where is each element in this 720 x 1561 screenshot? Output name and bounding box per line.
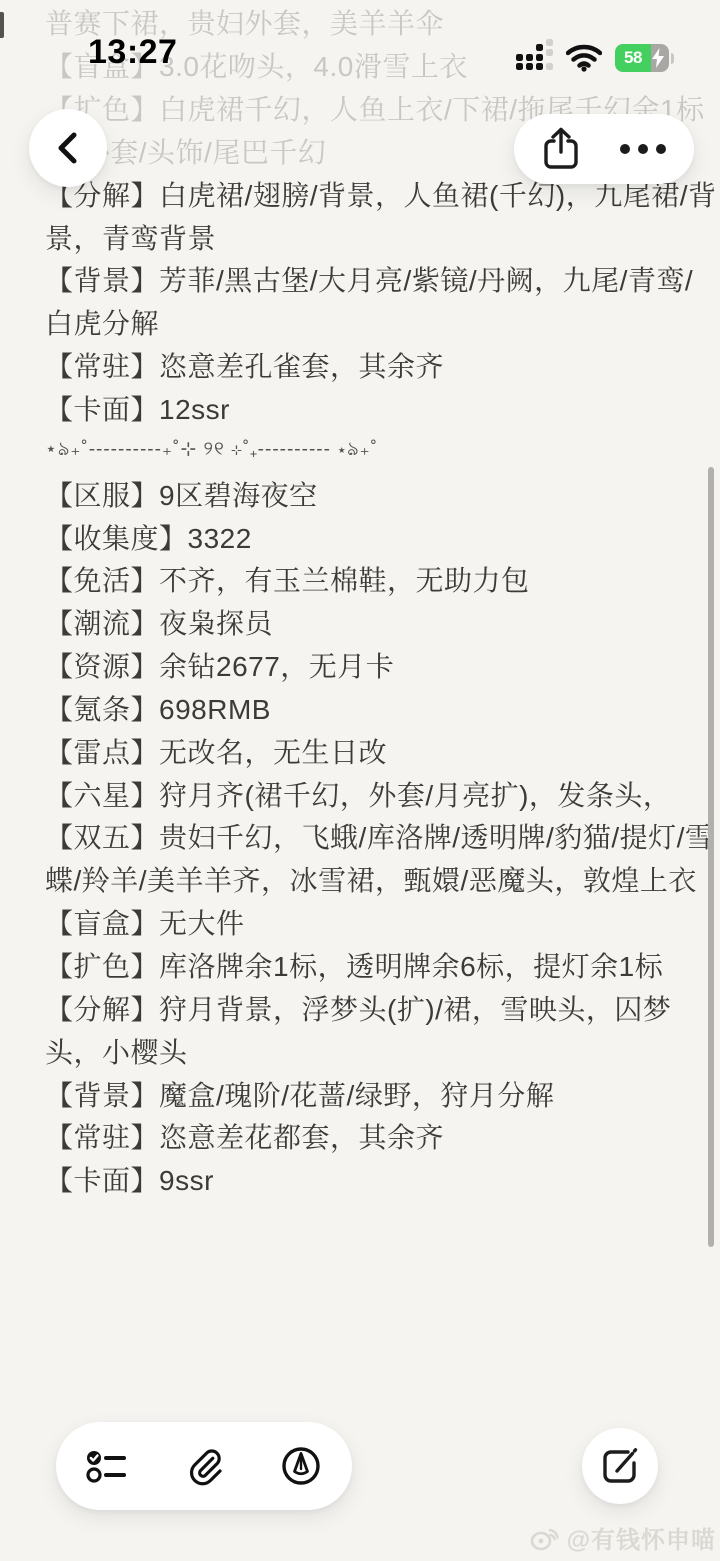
note-line: 【扩色】库洛牌余1标，透明牌余6标，提灯余1标 [45,944,705,987]
note-line: 【常驻】恣意差孔雀套，其余齐 [45,344,705,387]
charging-bolt-icon [651,48,665,73]
note-line: 【雷点】无改名，无生日改 [45,729,705,772]
note-line: 【背景】魔盒/瑰阶/花蔷/绿野，狩月分解 [45,1072,705,1115]
note-line: 【分解】狩月背景，浮梦头(扩)/裙，雪映头，囚梦 [45,986,705,1029]
note-line: 【六星】狩月齐(裙千幻，外套/月亮扩)，发条头， [45,772,705,815]
note-line: 【卡面】9ssr [45,1158,705,1201]
note-line: 【常驻】恣意差花都套，其余齐 [45,1115,705,1158]
checklist-button[interactable] [86,1449,128,1483]
no-service-exclamation-icon [546,39,553,70]
notes-app-screen: 普赛下裙，贵妇外套，美羊羊伞【盲盒】3.0花吻头，4.0滑雪上衣【扩色】白虎裙千… [0,0,720,1561]
pen-circle-icon [280,1445,322,1487]
battery-percent: 58 [624,48,642,68]
status-icons: 58 [516,40,674,72]
note-line: 【氪条】698RMB [45,687,705,730]
annotate-button[interactable] [280,1445,322,1487]
note-line: 白虎分解 [45,301,705,344]
bottom-toolbar [56,1422,352,1510]
watermark: @有钱怀申喵 [529,1520,716,1555]
back-button[interactable] [29,109,107,187]
note-line: 【背景】芳菲/黑古堡/大月亮/紫镜/丹阙，九尾/青鸾/ [45,258,705,301]
top-actions-pill [514,114,694,184]
chevron-left-icon [51,128,85,168]
screen-edge-artifact [0,12,4,38]
battery-icon: 58 [615,44,674,72]
status-time: 13:27 [88,33,177,72]
scrollbar-thumb[interactable] [708,467,714,1247]
note-line: 【收集度】3322 [45,515,705,558]
compose-icon [598,1444,642,1488]
share-icon [542,126,580,172]
share-button[interactable] [542,126,580,172]
note-divider-line: ⋆ঌ₊˚----------₊˚⊹ ୨୧ ⊹˚₊---------- ⋆ঌ₊˚ [45,429,705,472]
weibo-logo-icon [529,1524,561,1552]
note-line: 【免活】不齐，有玉兰棉鞋，无助力包 [45,558,705,601]
note-line: 【双五】贵妇千幻，飞蛾/库洛牌/透明牌/豹猫/提灯/雪 [45,815,705,858]
note-line: 【资源】余钻2677，无月卡 [45,644,705,687]
more-button[interactable] [620,144,666,154]
cellular-signal-icon [516,38,553,72]
wifi-icon [566,44,602,72]
paperclip-icon [184,1446,224,1486]
attachment-button[interactable] [184,1446,224,1486]
ellipsis-icon [620,144,666,154]
note-line: 【区服】9区碧海夜空 [45,472,705,515]
note-line: 蝶/羚羊/美羊羊齐，冰雪裙，甄嬛/恶魔头，敦煌上衣 [45,858,705,901]
note-line: 景，青鸾背景 [45,215,705,258]
compose-button[interactable] [582,1428,658,1504]
battery-nub [671,53,675,64]
watermark-text: @有钱怀申喵 [567,1520,716,1555]
checklist-icon [86,1449,128,1483]
note-line: 【盲盒】无大件 [45,901,705,944]
note-line: 头，小樱头 [45,1029,705,1072]
note-line: 【卡面】12ssr [45,387,705,430]
note-line: 【潮流】夜枭探员 [45,601,705,644]
